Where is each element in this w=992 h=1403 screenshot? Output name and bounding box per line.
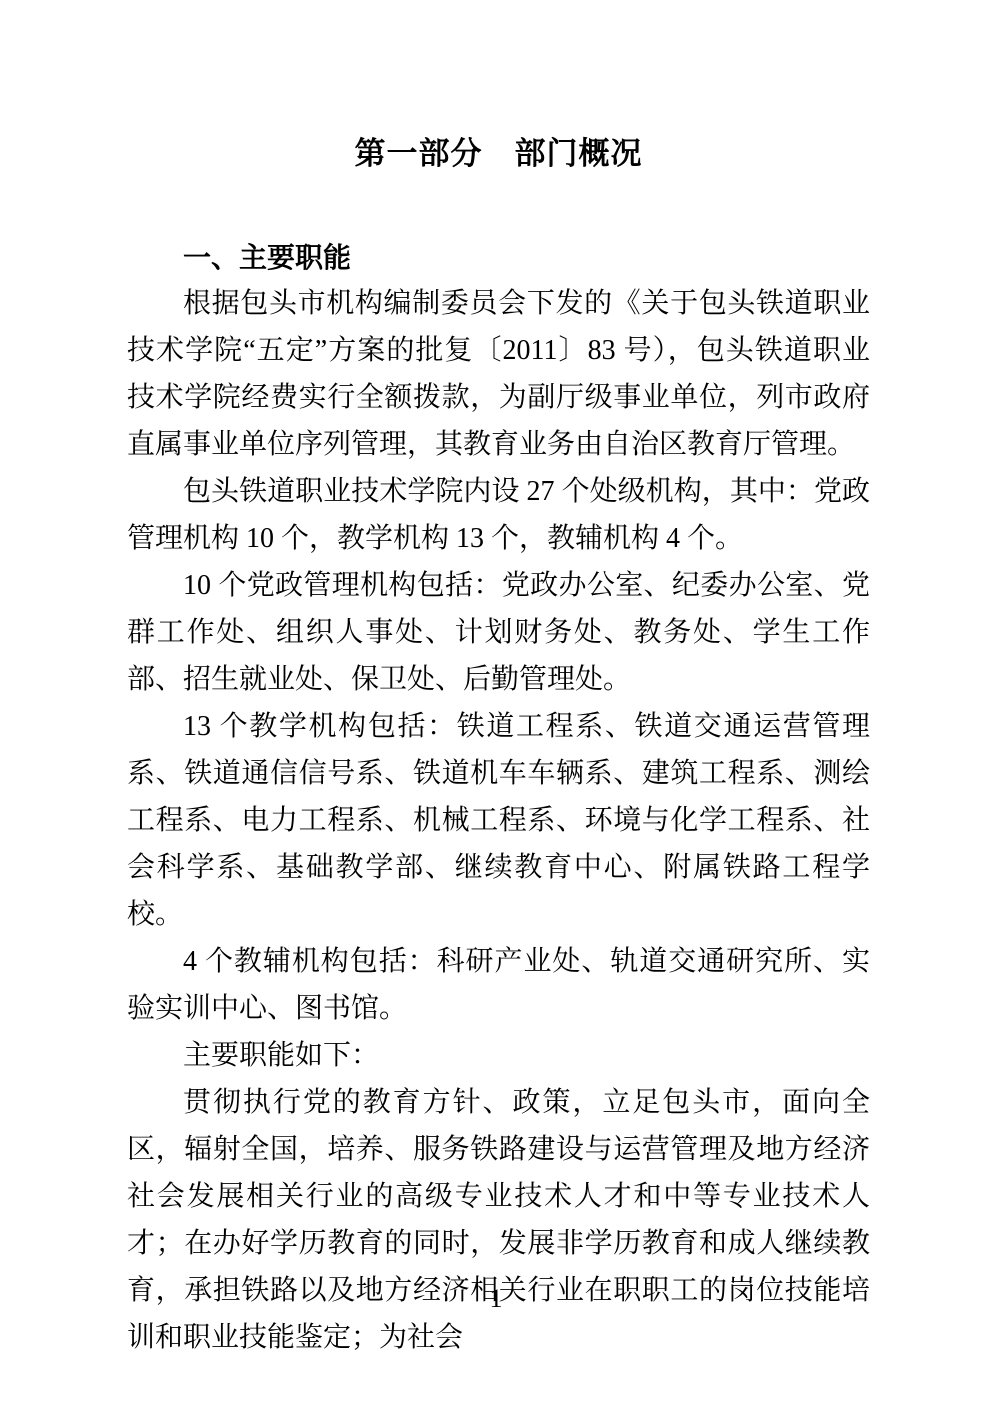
paragraph: 主要职能如下： bbox=[127, 1032, 870, 1079]
document-title: 第一部分 部门概况 bbox=[127, 132, 870, 176]
paragraph: 4 个教辅机构包括：科研产业处、轨道交通研究所、实验实训中心、图书馆。 bbox=[127, 938, 870, 1032]
paragraph: 贯彻执行党的教育方针、政策，立足包头市，面向全区，辐射全国，培养、服务铁路建设与… bbox=[127, 1079, 870, 1361]
paragraph: 13 个教学机构包括：铁道工程系、铁道交通运营管理系、铁道通信信号系、铁道机车车… bbox=[127, 703, 870, 938]
section-heading: 一、主要职能 bbox=[127, 236, 870, 280]
document-page: 第一部分 部门概况 一、主要职能 根据包头市机构编制委员会下发的《关于包头铁道职… bbox=[0, 0, 992, 1403]
paragraph: 包头铁道职业技术学院内设 27 个处级机构，其中：党政管理机构 10 个，教学机… bbox=[127, 468, 870, 562]
document-content: 第一部分 部门概况 一、主要职能 根据包头市机构编制委员会下发的《关于包头铁道职… bbox=[0, 0, 992, 1361]
paragraph: 10 个党政管理机构包括：党政办公室、纪委办公室、党群工作处、组织人事处、计划财… bbox=[127, 562, 870, 703]
page-number: 1 bbox=[0, 1284, 992, 1314]
paragraph: 根据包头市机构编制委员会下发的《关于包头铁道职业技术学院“五定”方案的批复〔20… bbox=[127, 280, 870, 468]
body-text: 根据包头市机构编制委员会下发的《关于包头铁道职业技术学院“五定”方案的批复〔20… bbox=[127, 280, 870, 1361]
